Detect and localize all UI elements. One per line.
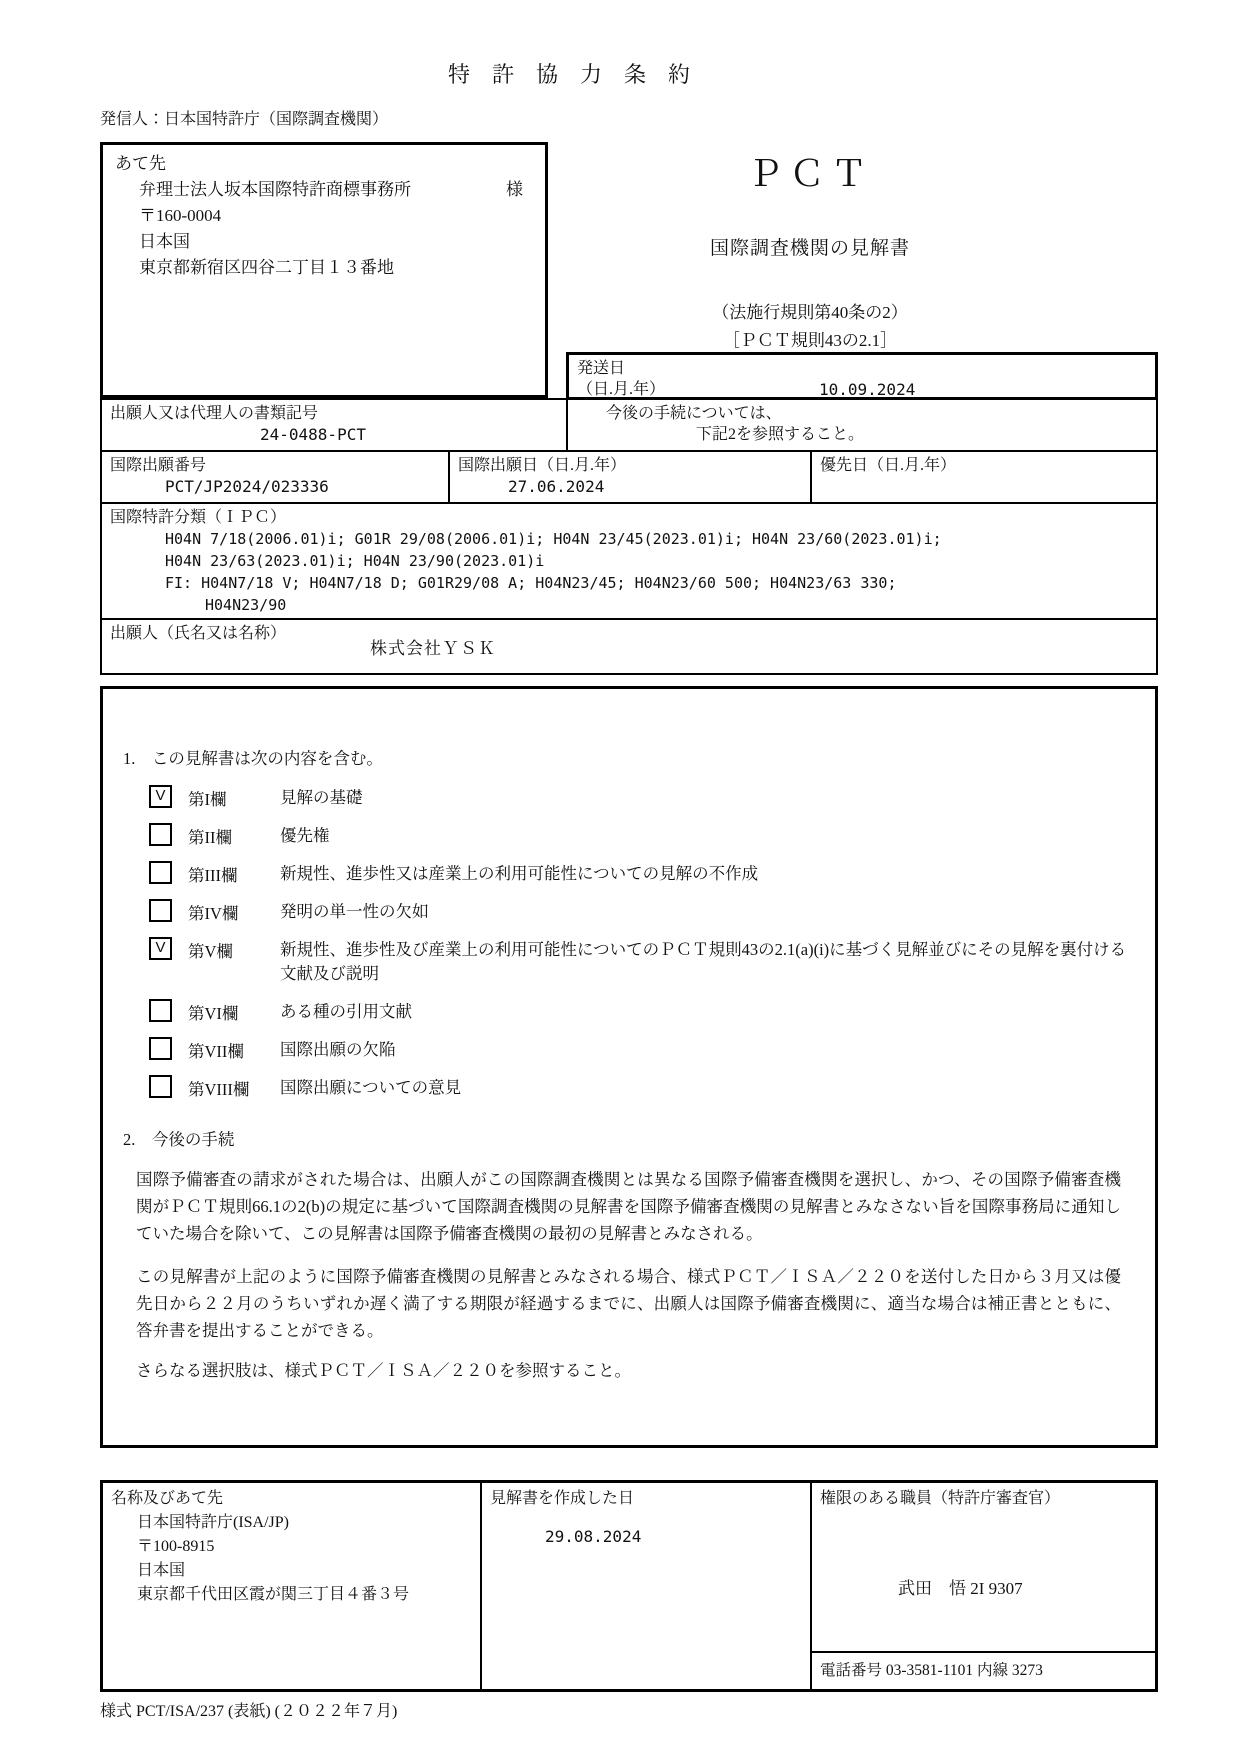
date-format-label: （日.月.年） — [577, 381, 665, 398]
addressee-postal-code: 〒160-0004 — [139, 203, 533, 229]
box5-description: 新規性、進歩性及び産業上の利用可能性についてのＰＣＴ規則43の2.1(a)(i)… — [280, 937, 1141, 986]
procedure-paragraph-1: 国際予備審査の請求がされた場合は、出願人がこの国際調査機関とは異なる国際予備審査… — [136, 1166, 1121, 1247]
box7-label: 第VII欄 — [188, 1037, 280, 1062]
checklist-item-5: V 第V欄 新規性、進歩性及び産業上の利用可能性についてのＰＣＴ規則43の2.1… — [149, 937, 1141, 986]
checkbox-box1-icon: V — [149, 785, 172, 808]
section2-heading: 2. 今後の手続 — [123, 1126, 1155, 1150]
file-reference-value: 24-0488-PCT — [260, 424, 558, 445]
box6-label: 第VI欄 — [188, 999, 280, 1024]
intl-application-number-value: PCT/JP2024/023336 — [165, 476, 440, 497]
box4-label: 第IV欄 — [188, 899, 280, 924]
opinion-title: 国際調査機関の見解書 — [570, 233, 1050, 260]
pct-opinion-cover-page: { "page": { "title": "特許協力条約", "sender_l… — [0, 0, 1241, 1755]
phone-number-row: 電話番号 03-3581-1101 内線 3273 — [812, 1651, 1155, 1689]
checklist-item-7: 第VII欄 国際出願の欠陥 — [149, 1037, 1141, 1062]
box3-label: 第III欄 — [188, 861, 280, 886]
opinion-date-value: 29.08.2024 — [545, 1525, 802, 1549]
pct-heading: ＰＣＴ — [570, 146, 1050, 197]
document-title: 特許協力条約 — [100, 58, 1060, 89]
office-postal-code: 〒100-8915 — [137, 1535, 419, 1559]
checkbox-box5-icon: V — [149, 937, 172, 960]
dispatch-date-label: 発送日 — [577, 358, 1147, 379]
procedure-paragraph-3: さらなる選択肢は、様式ＰＣＴ／ＩＳＡ／２２０を参照すること。 — [136, 1357, 1121, 1384]
addressee-name: 弁理士法人坂本国際特許商標事務所 — [139, 177, 411, 203]
intl-application-number-label: 国際出願番号 — [110, 455, 440, 476]
box2-description: 優先権 — [280, 823, 1141, 848]
addressee-country: 日本国 — [139, 229, 533, 255]
ipc-line-4: H04N23/90 — [205, 594, 1148, 616]
checkbox-box4-icon — [149, 899, 172, 922]
checklist-item-2: 第II欄 優先権 — [149, 823, 1141, 848]
addressee-box: あて先 弁理士法人坂本国際特許商標事務所 様 〒160-0004 日本国 東京都… — [100, 142, 548, 398]
office-address: 東京都千代田区霞が関三丁目４番３号 — [137, 1583, 419, 1607]
checkbox-box7-icon — [149, 1037, 172, 1060]
checklist-item-6: 第VI欄 ある種の引用文献 — [149, 999, 1141, 1024]
checklist-item-8: 第VIII欄 国際出願についての意見 — [149, 1075, 1141, 1100]
rule-reference-1: （法施行規則第40条の2） — [570, 298, 1050, 323]
box1-description: 見解の基礎 — [280, 785, 1141, 810]
box3-description: 新規性、進歩性又は産業上の利用可能性についての見解の不作成 — [280, 861, 1141, 886]
checklist-item-1: V 第I欄 見解の基礎 — [149, 785, 1141, 810]
pct-heading-block: ＰＣＴ 国際調査機関の見解書 （法施行規則第40条の2） ［ＰＣＴ規則43の2.… — [570, 146, 1050, 351]
box8-description: 国際出願についての意見 — [280, 1075, 1141, 1100]
ipc-label: 国際特許分類（ＩＰＣ） — [110, 507, 1148, 528]
box8-label: 第VIII欄 — [188, 1075, 280, 1100]
applicant-name: 株式会社ＹＳＫ — [370, 638, 496, 659]
authorized-officer-cell: 権限のある職員（特許庁審査官） 武田 悟 2I 9307 電話番号 03-358… — [810, 1480, 1158, 1692]
further-procedure-cell: 今後の手続については、 下記2を参照すること。 — [566, 398, 1158, 452]
procedure-paragraph-2: この見解書が上記のように国際予備審査機関の見解書とみなされる場合、様式ＰＣＴ／Ｉ… — [136, 1263, 1121, 1344]
applicant-label: 出願人（氏名又は名称） — [110, 623, 1148, 644]
intl-filing-date-value: 27.06.2024 — [508, 476, 802, 497]
file-reference-cell: 出願人又は代理人の書類記号 24-0488-PCT — [100, 398, 568, 452]
box6-description: ある種の引用文献 — [280, 999, 1141, 1024]
intl-application-number-cell: 国際出願番号 PCT/JP2024/023336 — [100, 450, 450, 504]
opinion-date-cell: 見解書を作成した日 29.08.2024 — [480, 1480, 812, 1692]
priority-date-cell: 優先日（日.月.年） — [810, 450, 1158, 504]
checkbox-box6-icon — [149, 999, 172, 1022]
box7-description: 国際出願の欠陥 — [280, 1037, 1141, 1062]
file-reference-label: 出願人又は代理人の書類記号 — [110, 403, 558, 424]
form-footer: 様式 PCT/ISA/237 (表紙) (２０２２年７月) — [100, 1698, 397, 1721]
dispatch-date-value: 10.09.2024 — [819, 379, 915, 400]
intl-filing-date-cell: 国際出願日（日.月.年） 27.06.2024 — [448, 450, 812, 504]
authorized-officer-label: 権限のある職員（特許庁審査官） — [820, 1487, 1147, 1511]
intl-filing-date-label: 国際出願日（日.月.年） — [458, 455, 802, 476]
priority-date-label: 優先日（日.月.年） — [820, 455, 1148, 476]
box2-label: 第II欄 — [188, 823, 280, 848]
addressee-label: あて先 — [115, 151, 533, 177]
checklist-item-3: 第III欄 新規性、進歩性又は産業上の利用可能性についての見解の不作成 — [149, 861, 1141, 886]
rule-reference-2: ［ＰＣＴ規則43の2.1］ — [570, 326, 1050, 351]
ipc-line-3: FI: H04N7/18 V; H04N7/18 D; G01R29/08 A;… — [165, 572, 1148, 594]
office-label: 名称及びあて先 — [111, 1487, 472, 1511]
ipc-line-2: H04N 23/63(2023.01)i; H04N 23/90(2023.01… — [165, 550, 1148, 572]
contents-box: 1. この見解書は次の内容を含む。 V 第I欄 見解の基礎 第II欄 優先権 第… — [100, 686, 1158, 1448]
box4-description: 発明の単一性の欠如 — [280, 899, 1141, 924]
office-name-address-cell: 名称及びあて先 日本国特許庁(ISA/JP) 〒100-8915 日本国 東京都… — [100, 1480, 482, 1692]
box5-label: 第V欄 — [188, 937, 280, 962]
section1-heading: 1. この見解書は次の内容を含む。 — [123, 745, 1155, 769]
further-procedure-line1: 今後の手続については、 — [606, 403, 1148, 424]
further-procedure-line2: 下記2を参照すること。 — [696, 424, 1148, 445]
dispatch-date-cell: 発送日 （日.月.年） 10.09.2024 — [566, 352, 1158, 400]
ipc-cell: 国際特許分類（ＩＰＣ） H04N 7/18(2006.01)i; G01R 29… — [100, 502, 1158, 620]
office-country: 日本国 — [137, 1559, 419, 1583]
applicant-cell: 出願人（氏名又は名称） 株式会社ＹＳＫ — [100, 618, 1158, 675]
office-name: 日本国特許庁(ISA/JP) — [137, 1511, 419, 1535]
box1-label: 第I欄 — [188, 785, 280, 810]
opinion-date-label: 見解書を作成した日 — [490, 1487, 802, 1511]
checkbox-box2-icon — [149, 823, 172, 846]
authorized-officer-name: 武田 悟 2I 9307 — [898, 1577, 1147, 1601]
sender-line: 発信人：日本国特許庁（国際調査機関） — [100, 106, 388, 129]
checkbox-box8-icon — [149, 1075, 172, 1098]
ipc-line-1: H04N 7/18(2006.01)i; G01R 29/08(2006.01)… — [165, 528, 1148, 550]
addressee-address: 東京都新宿区四谷二丁目１３番地 — [139, 255, 533, 281]
checklist-item-4: 第IV欄 発明の単一性の欠如 — [149, 899, 1141, 924]
checkbox-box3-icon — [149, 861, 172, 884]
addressee-honorific: 様 — [506, 177, 523, 203]
